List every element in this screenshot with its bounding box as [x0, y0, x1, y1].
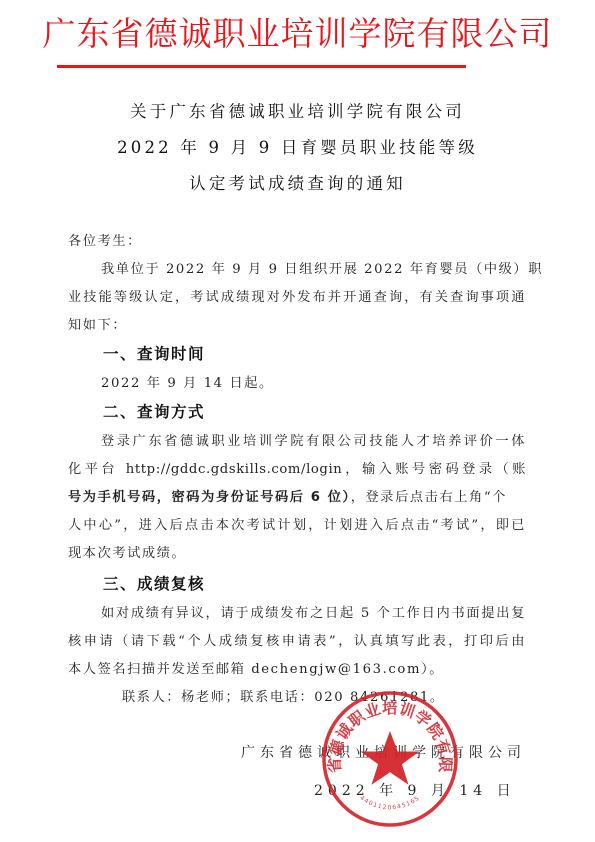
- official-seal: 广东省德诚职业培训学院有限公司 4401120645165: [320, 689, 460, 829]
- masthead-divider: [57, 65, 466, 68]
- section-heading-query-time: 一、查询时间: [103, 345, 205, 363]
- notice-title-line-2: 2022 年 9 月 9 日育婴员职业技能等级: [0, 139, 595, 157]
- notice-title-line-1: 关于广东省德诚职业培训学院有限公司: [0, 103, 595, 121]
- review-email-line: 本人签名扫描并发送至邮箱 dechengjw@163.com）。: [68, 662, 526, 678]
- section-line: 号为手机号码，密码为身份证号码后 6 位），登录后点击右上角“个: [68, 490, 526, 506]
- account-password-hint: 号为手机号码，密码为身份证号码后 6 位）: [68, 490, 351, 505]
- masthead-org-name: 广东省德诚职业培训学院有限公司: [0, 14, 595, 54]
- salutation: 各位考生：: [68, 234, 526, 250]
- section-line: 2022 年 9 月 14 日起。: [101, 376, 559, 392]
- section-line: 人中心”，进入后点击本次考试计划，计划进入后点击“考试”，即已: [68, 518, 526, 534]
- section-line: 核申请（请下载“个人成绩复核申请表”，认真填写此表，打印后由: [68, 634, 526, 650]
- section-line-tail: ，登录后点击右上角“个: [351, 490, 507, 505]
- seal-icon: 广东省德诚职业培训学院有限公司 4401120645165: [320, 689, 460, 829]
- section-heading-score-review: 三、成绩复核: [103, 575, 205, 593]
- intro-line: 知如下：: [68, 318, 526, 334]
- section-heading-query-method: 二、查询方式: [103, 403, 205, 421]
- login-url-line: 化平台 http://gddc.gdskills.com/login，输入账号密…: [68, 462, 526, 478]
- intro-line: 我单位于 2022 年 9 月 9 日组织开展 2022 年育婴员（中级）职: [101, 262, 526, 278]
- section-line: 登录广东省德诚职业培训学院有限公司技能人才培养评价一体: [101, 434, 526, 450]
- section-line: 如对成绩有异议，请于成绩发布之日起 5 个工作日内书面提出复: [101, 606, 526, 622]
- svg-text:4401120645165: 4401120645165: [358, 794, 421, 811]
- intro-line: 业技能等级认定，考试成绩现对外发布并开通查询，有关查询事项通: [68, 290, 526, 306]
- notice-title-line-3: 认定考试成绩查询的通知: [0, 175, 595, 193]
- section-line: 现本次考试成绩。: [68, 546, 526, 562]
